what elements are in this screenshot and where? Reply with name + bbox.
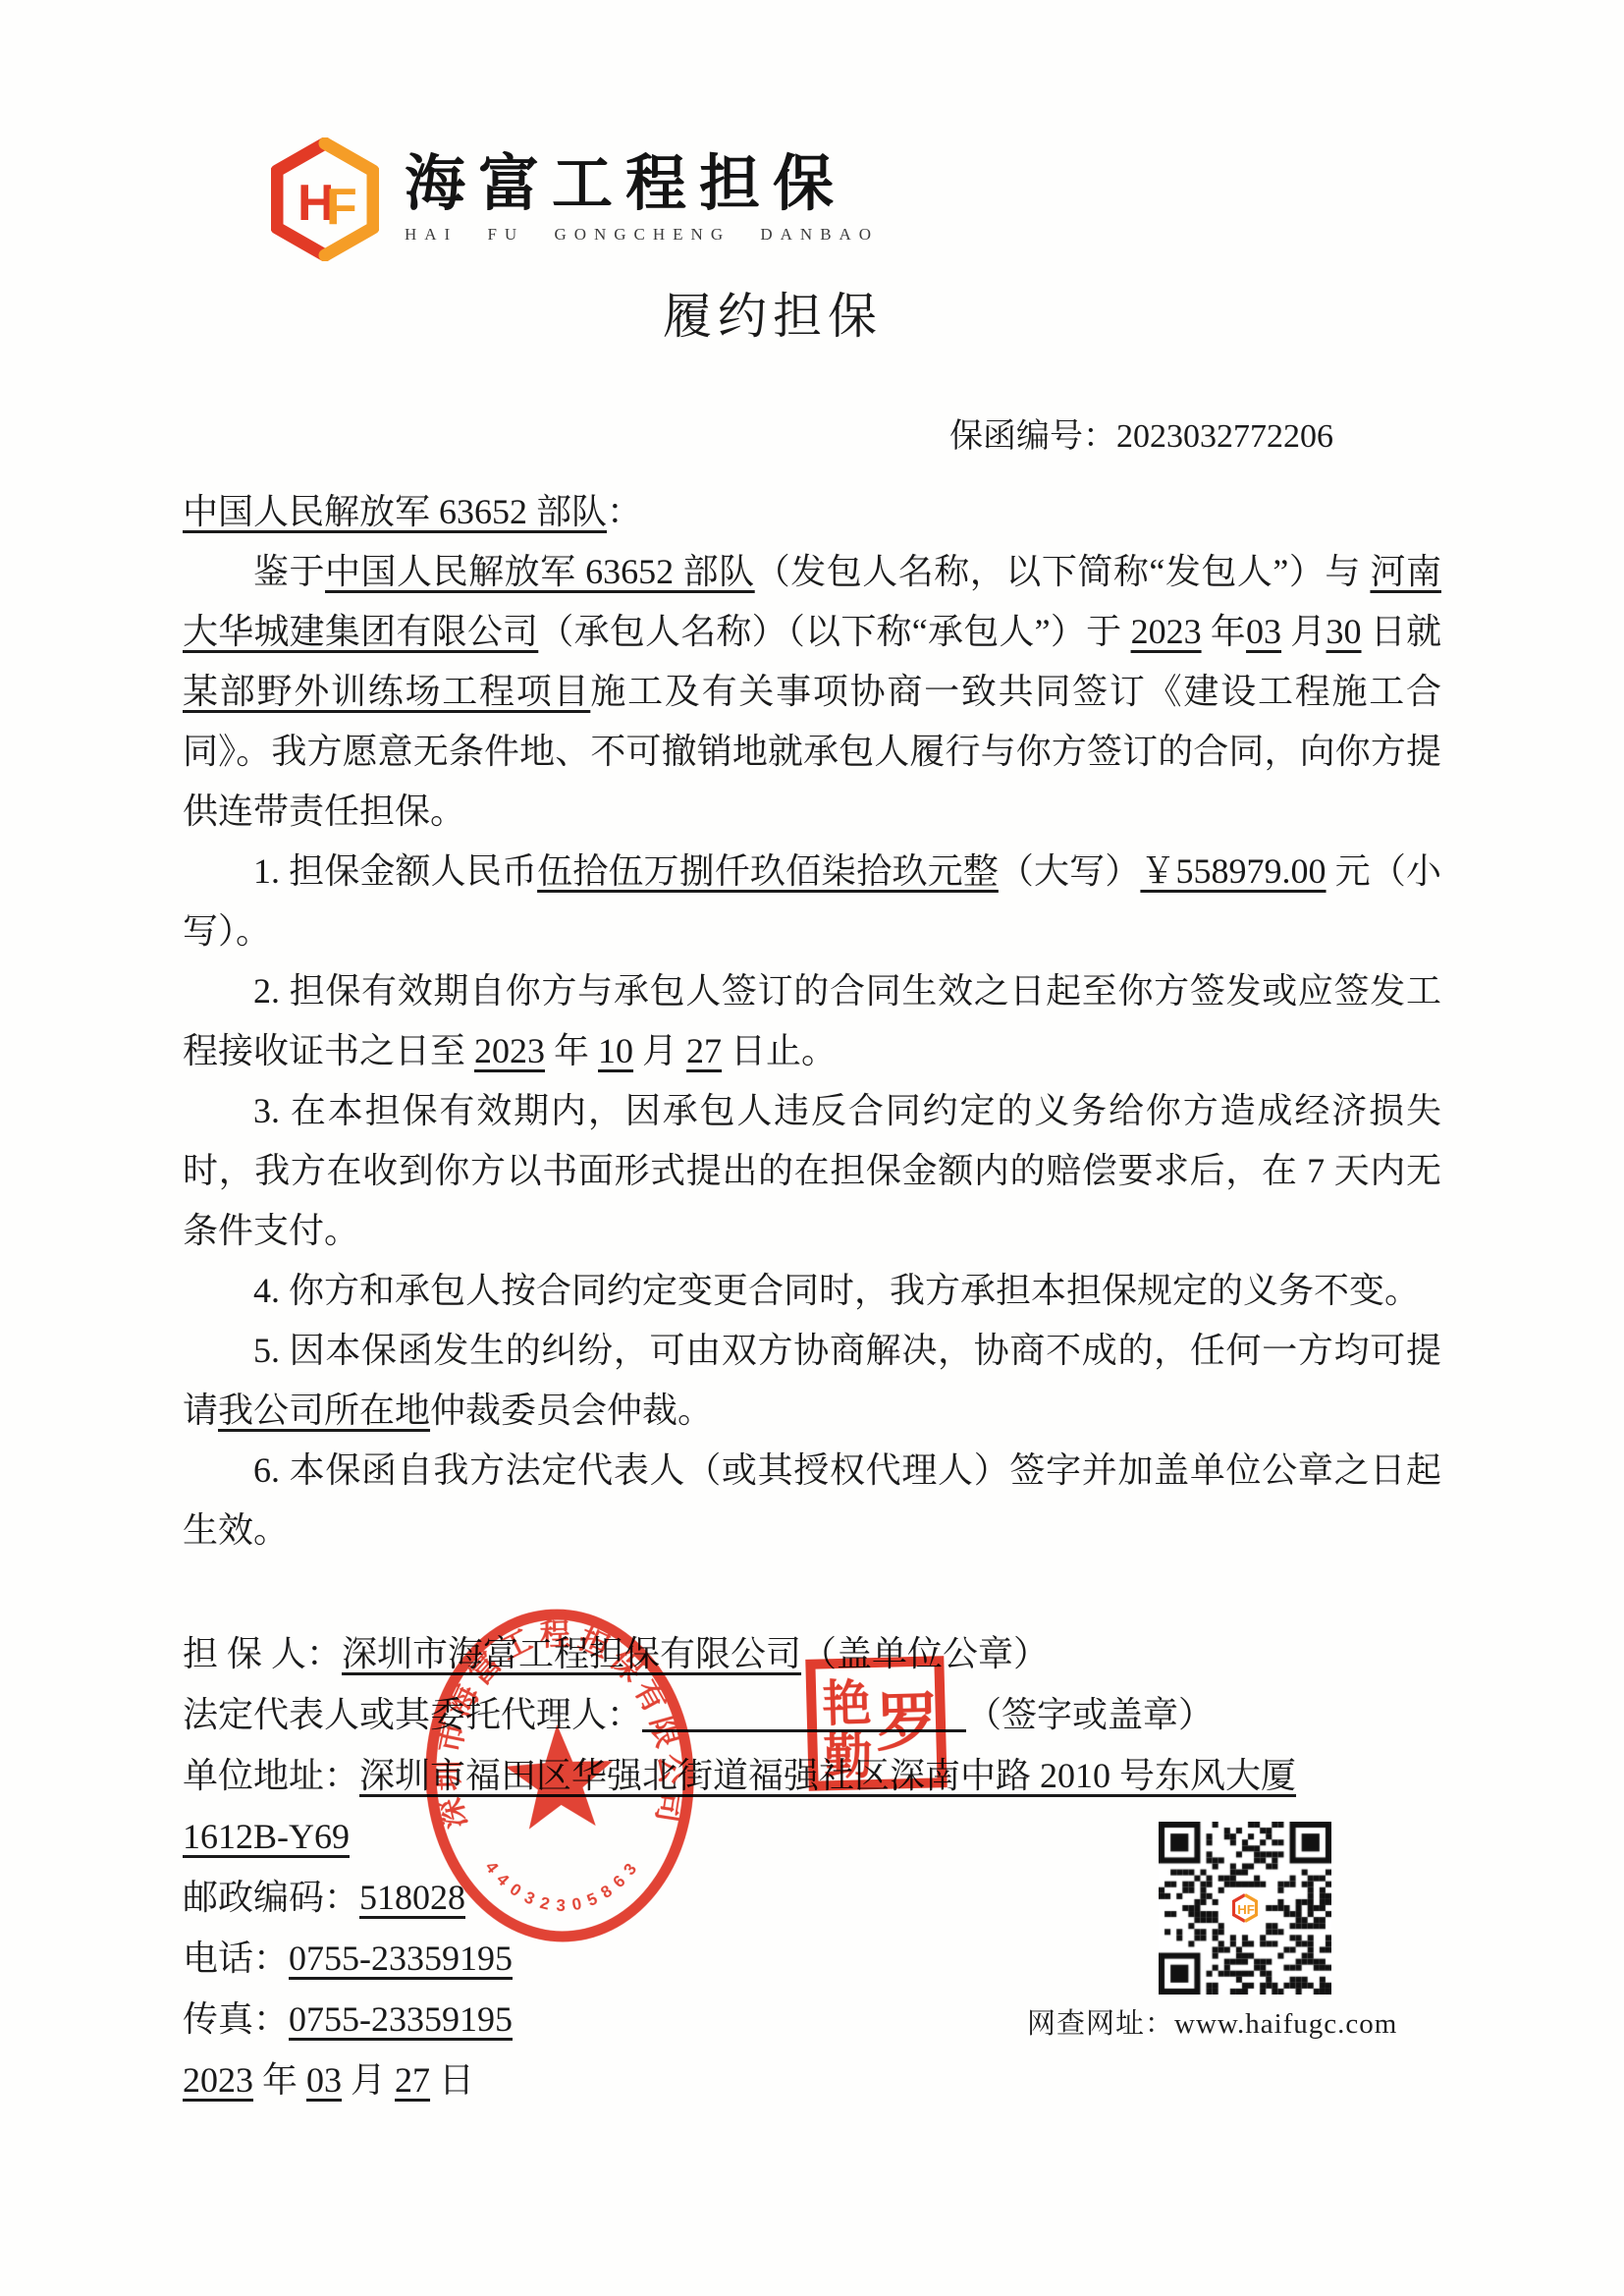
recipient-colon: ： <box>607 492 642 531</box>
guarantee-number-value: 2023032772206 <box>1116 418 1333 455</box>
guarantor-line: 担 保 人：深圳市海富工程担保有限公司（盖单位公章） <box>183 1623 1441 1684</box>
recipient-line: 中国人民解放军 63652 部队： <box>183 482 1441 542</box>
postal-code-label: 邮政编码： <box>183 1878 359 1917</box>
letter-body: 中国人民解放军 63652 部队： 鉴于中国人民解放军 63652 部队（发包人… <box>183 482 1441 1560</box>
guarantee-number-label: 保函编号： <box>949 418 1116 455</box>
clause-6: 6. 本保函自我方法定代表人（或其授权代理人）签字并加盖单位公章之日起生效。 <box>183 1441 1441 1560</box>
legal-rep-value: （签字或盖章） <box>642 1695 1214 1734</box>
postal-code-value: 518028 <box>359 1878 465 1917</box>
haifu-hexagon-logo-icon: H F <box>271 137 379 261</box>
guarantee-number-line: 保函编号：2023032772206 <box>183 409 1441 457</box>
guarantor-value: 深圳市海富工程担保有限公司（盖单位公章） <box>342 1634 1049 1673</box>
clause-2: 2. 担保有效期自你方与承包人签订的合同生效之日起至你方签发或应签发工程接收证书… <box>183 961 1441 1081</box>
address-value-2: 1612B-Y69 <box>183 1817 350 1856</box>
brand-subtitle: HAI FU GONGCHENG DANBAO <box>405 225 879 245</box>
fax-label: 传真： <box>183 1999 289 2039</box>
address-value: 深圳市福田区华强北街道福强社区深南中路 2010 号东风大厦 <box>359 1756 1296 1795</box>
clause-3: 3. 在本担保有效期内，因承包人违反合同约定的义务给你方造成经济损失时，我方在收… <box>183 1081 1441 1261</box>
address-label: 单位地址： <box>183 1756 359 1795</box>
clause-1: 1. 担保金额人民币伍拾伍万捌仟玖佰柒拾玖元整（大写）￥558979.00 元（… <box>183 842 1441 961</box>
clause-4: 4. 你方和承包人按合同约定变更合同时，我方承担本担保规定的义务不变。 <box>183 1261 1441 1321</box>
brand-header: H F 海富工程担保 HAI FU GONGCHENG DANBAO <box>271 137 1441 261</box>
clause-5: 5. 因本保函发生的纠纷，可由双方协商解决，协商不成的，任何一方均可提请我公司所… <box>183 1321 1441 1441</box>
qr-center-logo-icon: HF <box>1228 1891 1262 1925</box>
document-title: 履约担保 <box>143 277 1402 348</box>
svg-text:F: F <box>326 179 357 236</box>
svg-text:HF: HF <box>1237 1902 1255 1917</box>
date-line: 2023 年 03 月 27 日 <box>183 2050 1441 2110</box>
address-line: 单位地址：深圳市福田区华强北街道福强社区深南中路 2010 号东风大厦 <box>183 1745 1441 1806</box>
legal-rep-line: 法定代表人或其委托代理人：（签字或盖章） <box>183 1684 1441 1745</box>
fax-value: 0755-23359195 <box>289 1999 513 2039</box>
guarantor-label: 担 保 人： <box>183 1634 342 1673</box>
brand-text: 海富工程担保 HAI FU GONGCHENG DANBAO <box>405 154 879 245</box>
verification-url: 网查网址：www.haifugc.com <box>1027 2001 1397 2042</box>
intro-paragraph: 鉴于中国人民解放军 63652 部队（发包人名称，以下简称“发包人”）与 河南大… <box>183 542 1441 842</box>
date-value: 2023 年 03 月 27 日 <box>183 2060 474 2100</box>
verification-qr-code: HF <box>1159 1822 1331 1995</box>
phone-value: 0755-23359195 <box>289 1939 513 1978</box>
guarantee-letter-page: H F 海富工程担保 HAI FU GONGCHENG DANBAO 履约担保 … <box>0 0 1624 2296</box>
recipient-name: 中国人民解放军 63652 部队 <box>183 492 607 531</box>
phone-label: 电话： <box>183 1939 289 1978</box>
legal-rep-label: 法定代表人或其委托代理人： <box>183 1695 642 1734</box>
brand-name: 海富工程担保 <box>405 154 879 215</box>
